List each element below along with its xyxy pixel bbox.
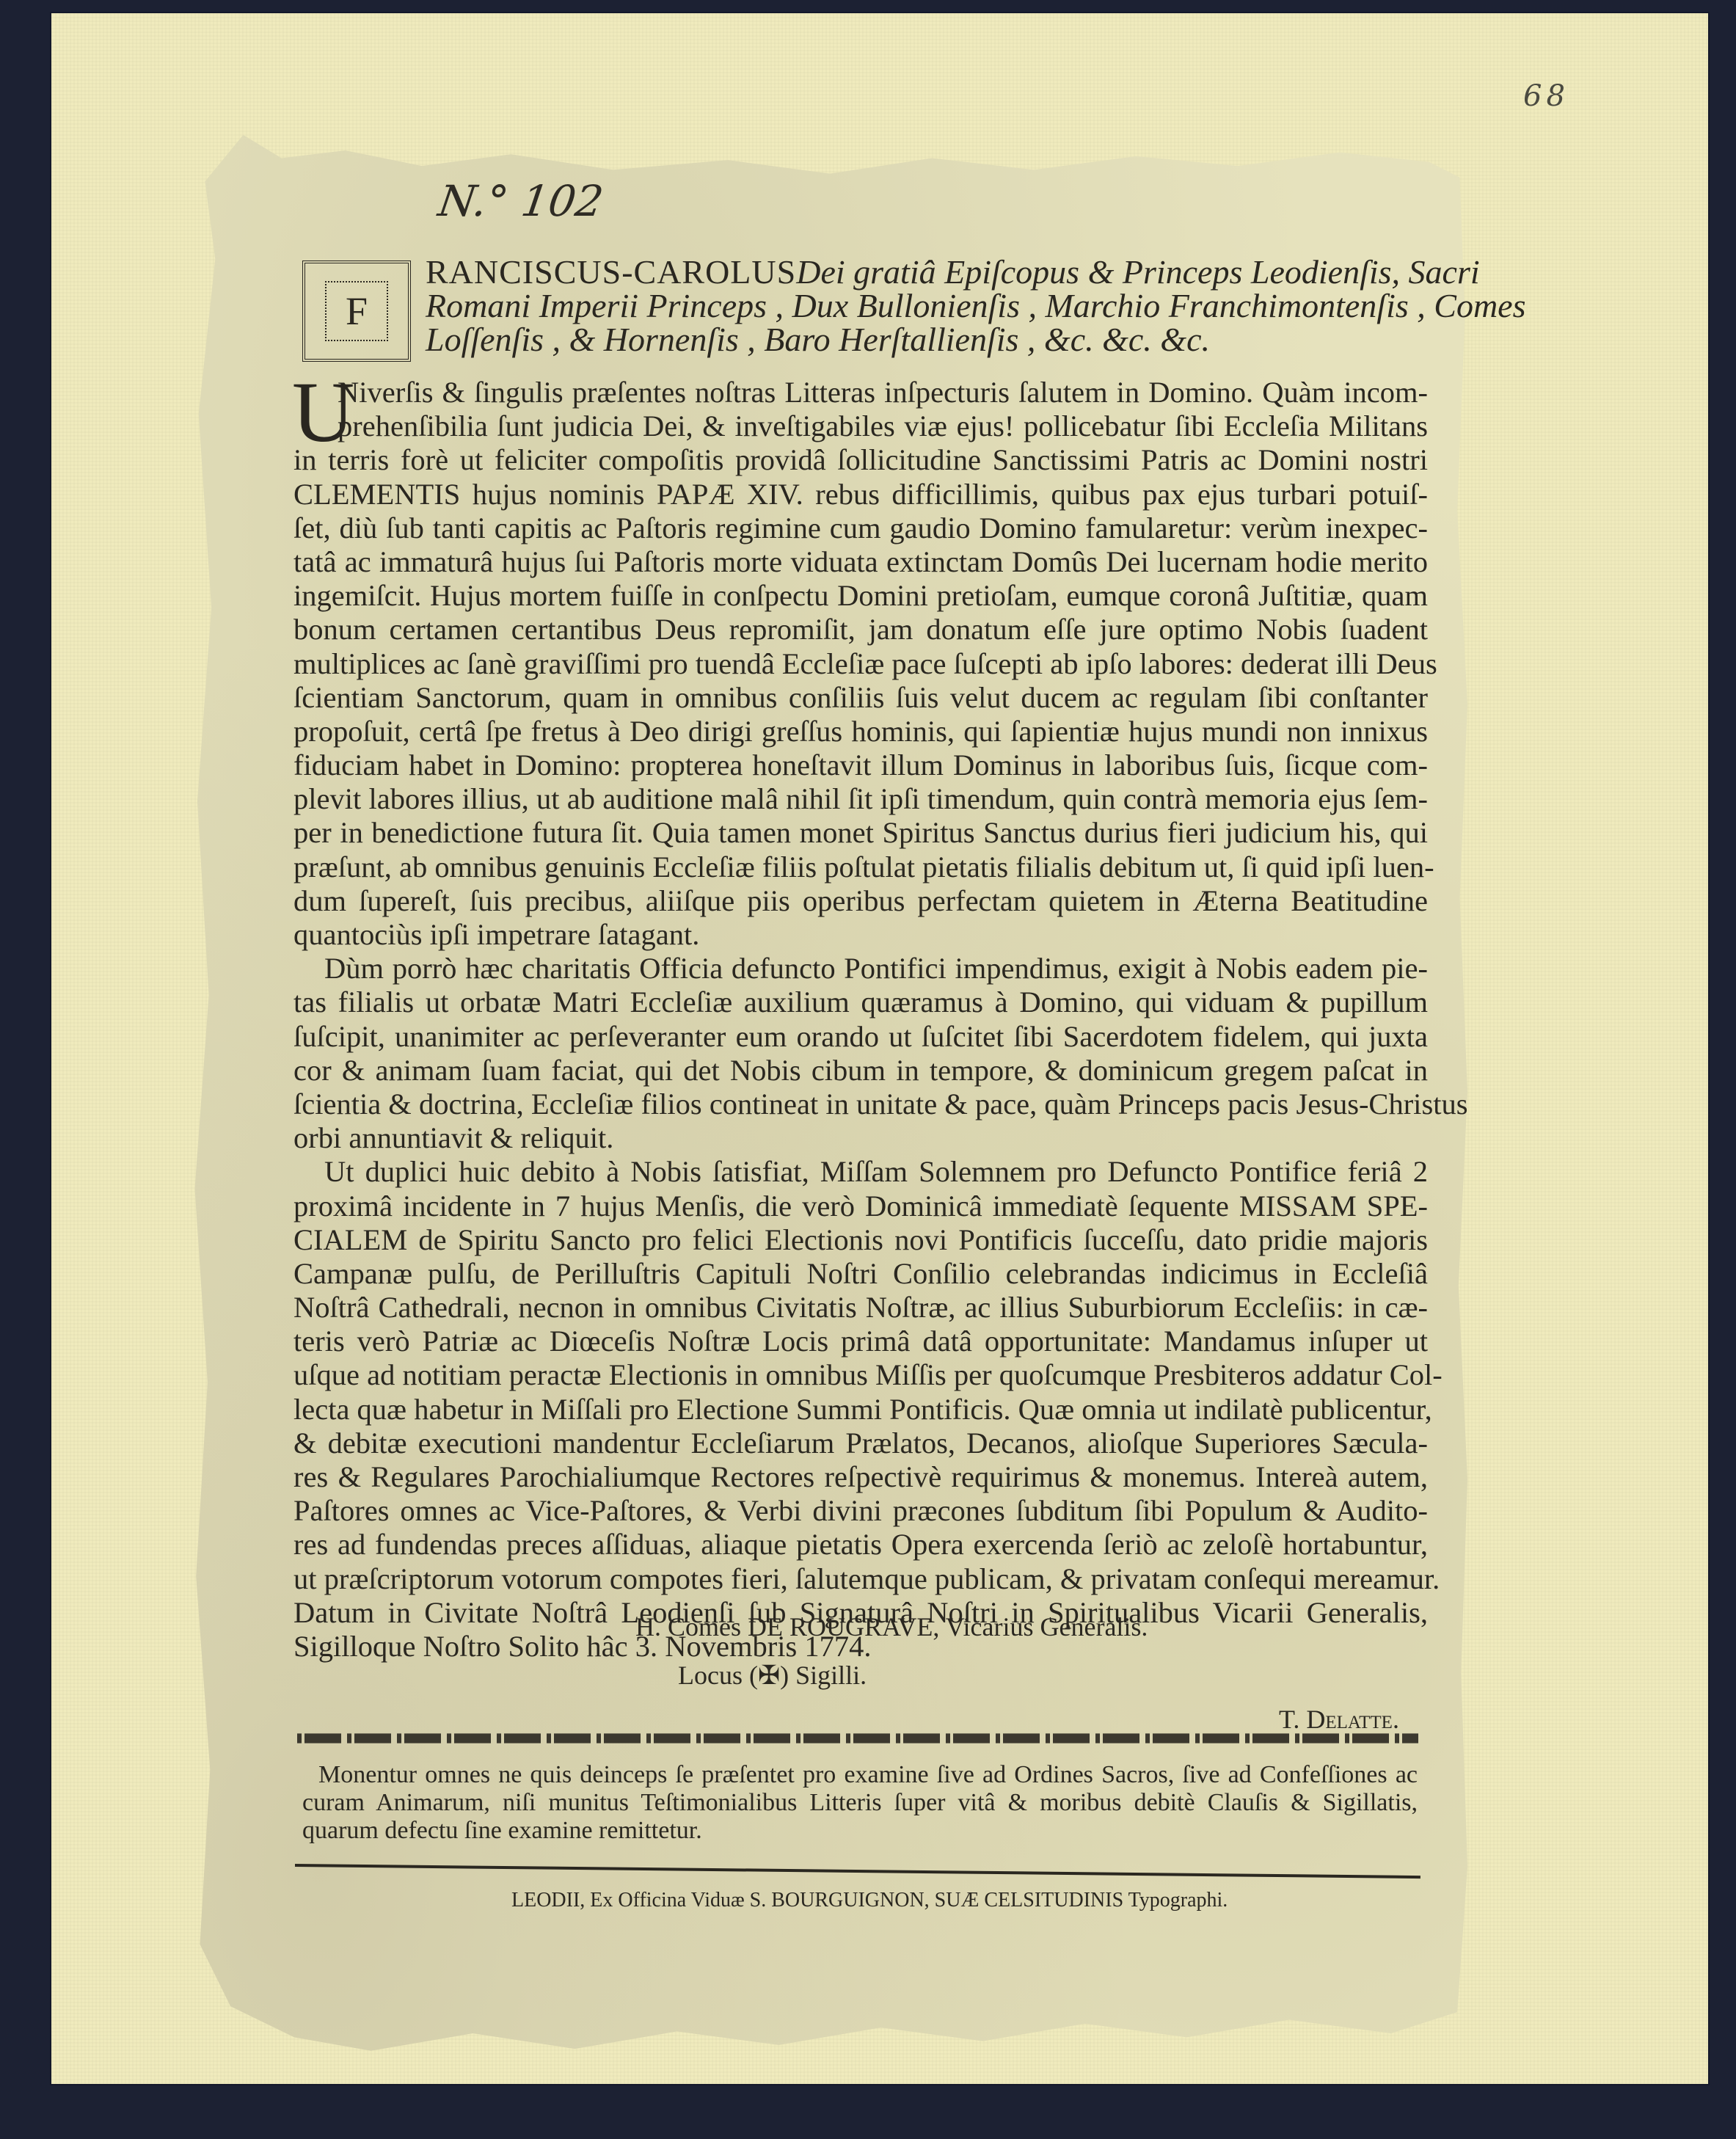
ornamental-initial: F [302,260,411,362]
text-line: ſcientia & doctrina, Eccleſiæ filios con… [293,1087,1428,1121]
initial-letter: F [325,281,388,341]
text-line: res ad fundendas preces aſſiduas, aliaqu… [293,1528,1428,1562]
examination-notice: Monentur omnes ne quis deinceps ſe præſe… [302,1761,1418,1845]
text-line: teris verò Patriæ ac Diœceſis Noſtræ Loc… [293,1324,1428,1358]
text-line: plevit labores illius, ut ab auditione m… [293,782,1428,816]
document-heading: RANCISCUS-CAROLUS Dei gratiâ Epiſcopus &… [426,255,1423,357]
text-line: Noſtrâ Cathedrali, necnon in omnibus Civ… [293,1291,1428,1324]
text-line: res & Regulares Parochialiumque Rectores… [293,1460,1428,1494]
text-line: proximâ incidente in 7 hujus Menſis, die… [293,1189,1428,1223]
text-line: Niverſis & ſingulis præſentes noſtras Li… [293,376,1428,409]
vicar-general-signature: H. Comes DE ROUGRAVE, Vicarius Generalis… [635,1611,1148,1642]
text-line: CIALEM de Spiritu Sancto pro felici Elec… [293,1223,1428,1257]
text-line: cor & animam ſuam faciat, qui det Nobis … [293,1054,1428,1087]
heading-name: RANCISCUS-CAROLUS [426,255,796,289]
heading-title: Loſſenſis , & Hornenſis , Baro Herſtalli… [426,323,1210,357]
text-line: & debitæ executioni mandentur Eccleſiaru… [293,1426,1428,1460]
document-number: N.° 102 [435,176,606,226]
text-line: bonum certamen certantibus Deus repromiſ… [293,613,1428,646]
document-body: Niverſis & ſingulis præſentes noſtras Li… [293,376,1428,1664]
text-line: Campanæ pulſu, de Perilluſtris Capituli … [293,1257,1428,1291]
text-line: ingemiſcit. Hujus mortem fuiſſe in conſp… [293,579,1428,613]
text-line: CLEMENTIS hujus nominis PAPÆ XIV. rebus … [293,478,1428,511]
text-line: ſet, diù ſub tanti capitis ac Paſtoris r… [293,511,1428,545]
text-line: multiplices ac ſanè graviſſimi pro tuend… [293,647,1428,681]
text-line: prehenſibilia ſunt judicia Dei, & inveſt… [293,409,1428,443]
text-line: fiduciam habet in Domino: propterea hone… [293,748,1428,782]
secretary-signature: T. Delatte. [1279,1704,1399,1735]
text-line: Ut duplici huic debito à Nobis ſatisfiat… [293,1155,1428,1189]
notice-line: quarum defectu ſine examine remittetur. [302,1817,1418,1845]
text-line: ſuſcipit, unanimiter ac perſeveranter eu… [293,1020,1428,1054]
text-line: Paſtores omnes ac Vice-Paſtores, & Verbi… [293,1494,1428,1528]
heading-title: Dei gratiâ Epiſcopus & Princeps Leodienſ… [796,255,1479,289]
text-line: uſque ad notitiam peractæ Electionis in … [293,1358,1428,1392]
archive-page-number: 68 [1523,79,1569,113]
notice-line: curam Animarum, niſi munitus Teſtimonial… [302,1789,1418,1817]
notice-line: Monentur omnes ne quis deinceps ſe præſe… [302,1761,1418,1789]
heading-line: Romani Imperii Princeps , Dux Bullonienſ… [426,289,1423,323]
text-line: Dùm porrò hæc charitatis Officia defunct… [293,952,1428,985]
text-line: propoſuit, certâ ſpe fretus à Deo dirigi… [293,715,1428,748]
heading-line: Loſſenſis , & Hornenſis , Baro Herſtalli… [426,323,1423,357]
text-line: lecta quæ habetur in Miſſali pro Electio… [293,1393,1428,1426]
heading-title: Romani Imperii Princeps , Dux Bullonienſ… [426,289,1423,323]
text-line: per in benedictione futura ſit. Quia tam… [293,816,1428,850]
seal-placeholder: Locus (✠) Sigilli. [678,1660,867,1691]
heading-line: RANCISCUS-CAROLUS Dei gratiâ Epiſcopus &… [426,255,1423,289]
text-line: tas filialis ut orbatæ Matri Eccleſiæ au… [293,985,1428,1019]
printer-imprint: LEODII, Ex Officina Viduæ S. BOURGUIGNON… [511,1889,1228,1912]
text-line: tatâ ac immaturâ hujus ſui Paſtoris mort… [293,545,1428,579]
text-line: ut præſcriptorum votorum compotes fieri,… [293,1562,1428,1596]
text-line: præſunt, ab omnibus genuinis Eccleſiæ fi… [293,850,1428,884]
text-line: in terris forè ut feliciter compoſitis p… [293,443,1428,477]
text-line: quantociùs ipſi impetrare ſatagant. [293,918,1428,952]
text-line: ſcientiam Sanctorum, quam in omnibus con… [293,681,1428,715]
text-line: orbi annuntiavit & reliquit. [293,1121,1428,1155]
text-line: dum ſupereſt, ſuis precibus, aliiſque pi… [293,884,1428,918]
